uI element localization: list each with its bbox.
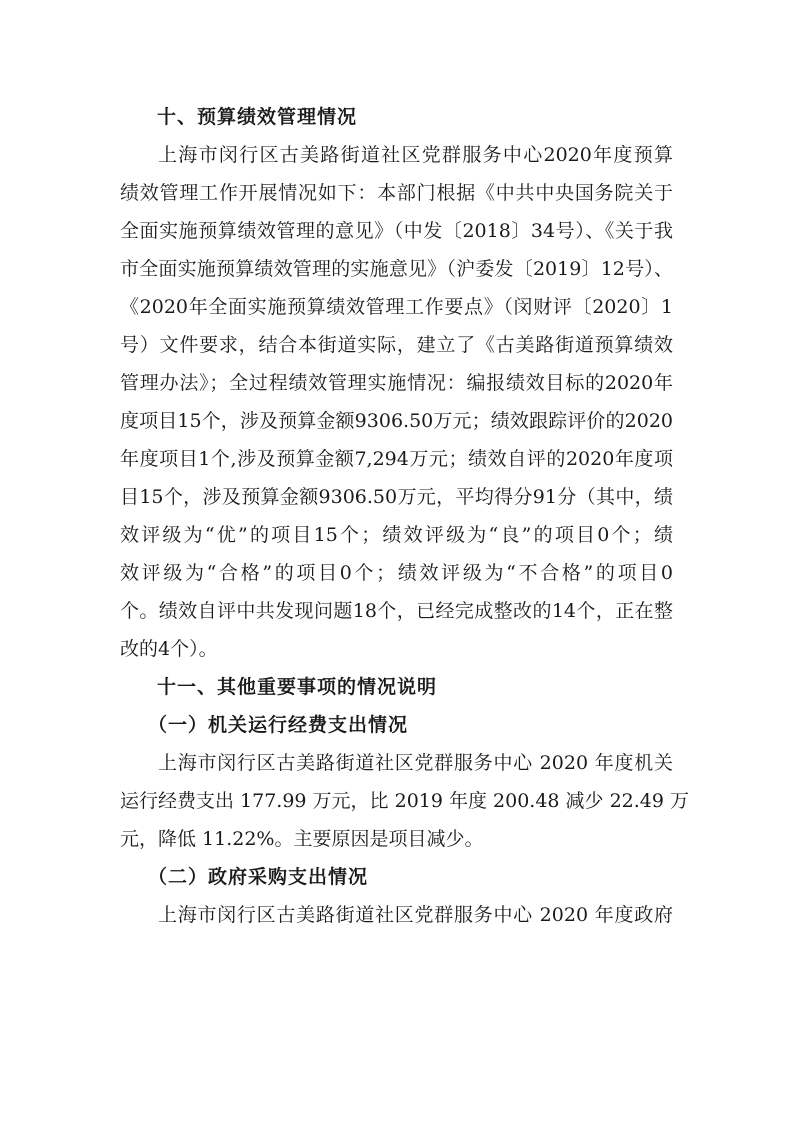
- subsection-heading-operating-expenses: （一）机关运行经费支出情况: [120, 706, 673, 744]
- paragraph-line: 上海市闵行区古美路街道社区党群服务中心2020年度预算: [120, 136, 673, 174]
- subsection-heading-government-procurement: （二）政府采购支出情况: [120, 858, 673, 896]
- paragraph-line: 效评级为“合格”的项目0个；绩效评级为“不合格”的项目0: [120, 554, 673, 592]
- paragraph-line: 年度项目1个,涉及预算金额7,294万元；绩效自评的2020年度项: [120, 440, 673, 478]
- paragraph-line: 市全面实施预算绩效管理的实施意见》（沪委发〔2019〕12号）、: [120, 250, 673, 288]
- paragraph-line: 目15个，涉及预算金额9306.50万元，平均得分91分（其中，绩: [120, 478, 673, 516]
- paragraph-line: 管理办法》；全过程绩效管理实施情况：编报绩效目标的2020年: [120, 364, 673, 402]
- paragraph-line: 效评级为“优”的项目15个；绩效评级为“良”的项目0个；绩: [120, 516, 673, 554]
- paragraph-line: 全面实施预算绩效管理的意见》（中发〔2018〕34号）、《关于我: [120, 212, 673, 250]
- paragraph-line: 上海市闵行区古美路街道社区党群服务中心 2020 年度政府: [120, 896, 673, 934]
- paragraph-line: 改的4个）。: [120, 630, 673, 668]
- paragraph-line: 运行经费支出 177.99 万元，比 2019 年度 200.48 减少 22.…: [120, 782, 673, 820]
- paragraph-line: 上海市闵行区古美路街道社区党群服务中心 2020 年度机关: [120, 744, 673, 782]
- paragraph-line: 号）文件要求，结合本街道实际，建立了《古美路街道预算绩效: [120, 326, 673, 364]
- budget-performance-paragraph: 上海市闵行区古美路街道社区党群服务中心2020年度预算 绩效管理工作开展情况如下…: [120, 136, 673, 668]
- paragraph-line: 度项目15个，涉及预算金额9306.50万元；绩效跟踪评价的2020: [120, 402, 673, 440]
- section-heading-budget-performance: 十、预算绩效管理情况: [120, 98, 673, 136]
- paragraph-line: 绩效管理工作开展情况如下：本部门根据《中共中央国务院关于: [120, 174, 673, 212]
- section-heading-other-matters: 十一、其他重要事项的情况说明: [120, 668, 673, 706]
- paragraph-line: 元，降低 11.22%。主要原因是项目减少。: [120, 820, 673, 858]
- paragraph-line: 个。绩效自评中共发现问题18个，已经完成整改的14个，正在整: [120, 592, 673, 630]
- document-page: 十、预算绩效管理情况 上海市闵行区古美路街道社区党群服务中心2020年度预算 绩…: [120, 98, 673, 934]
- operating-expenses-paragraph: 上海市闵行区古美路街道社区党群服务中心 2020 年度机关 运行经费支出 177…: [120, 744, 673, 858]
- paragraph-line: 《2020年全面实施预算绩效管理工作要点》（闵财评〔2020〕1: [120, 288, 673, 326]
- government-procurement-paragraph: 上海市闵行区古美路街道社区党群服务中心 2020 年度政府: [120, 896, 673, 934]
